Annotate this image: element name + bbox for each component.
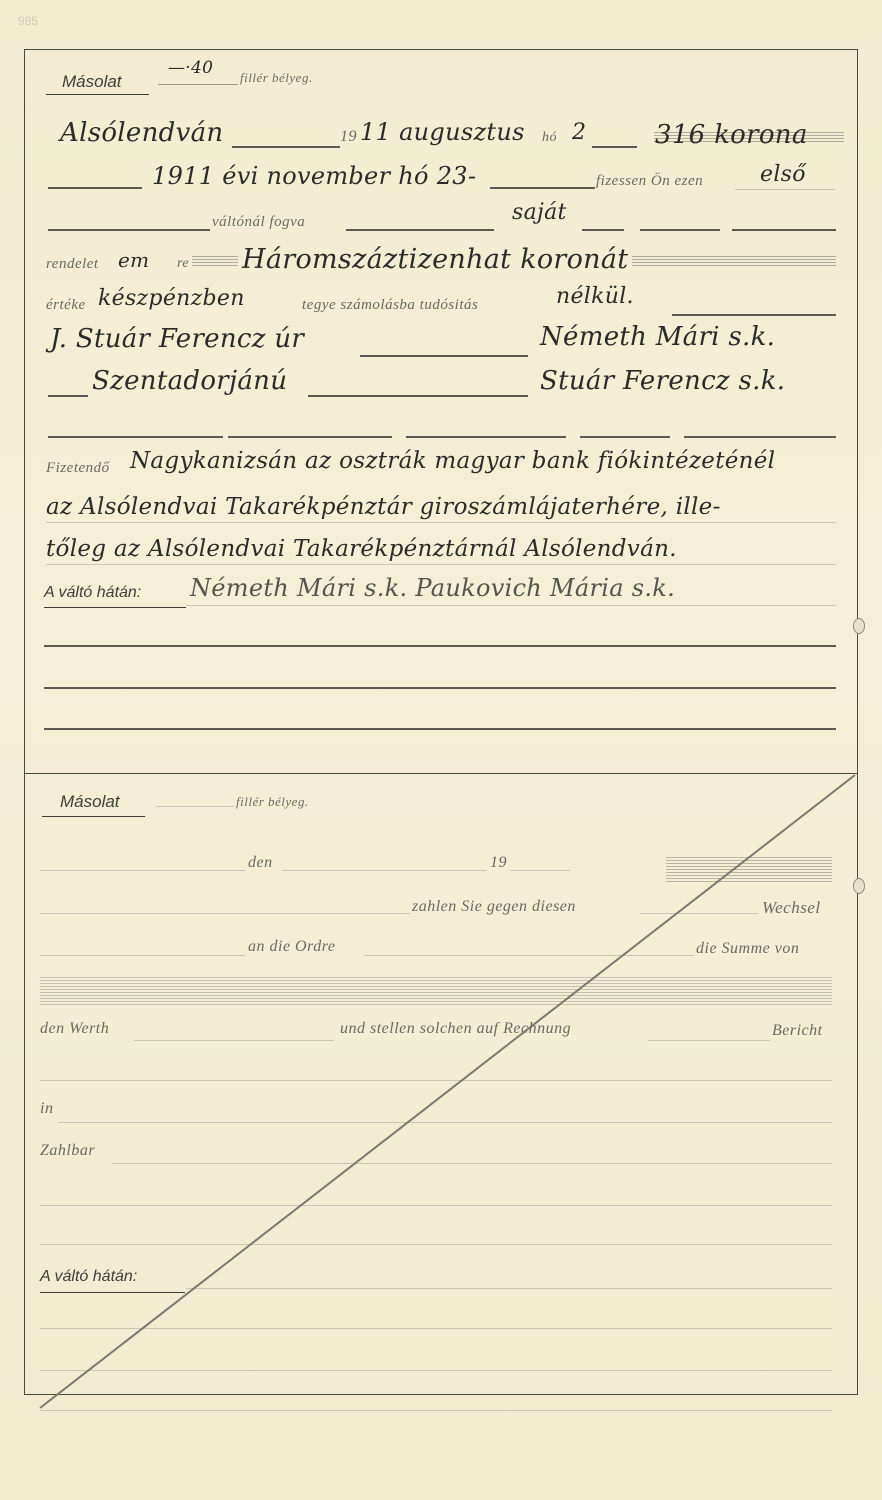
payable-line1: Nagykanizsán az osztrák magyar bank fiók… xyxy=(130,448,775,474)
rendelet-hand: em xyxy=(118,248,149,272)
stamp-value: —·40 xyxy=(168,58,213,78)
wechsel-label: Wechsel xyxy=(762,898,821,918)
upper-title: Másolat xyxy=(62,72,122,92)
section-divider xyxy=(24,773,858,774)
amount-head-hand: 316 korona xyxy=(655,120,808,150)
bericht-label: Bericht xyxy=(772,1022,823,1040)
tegye-label: tegye számolásba tudósitás xyxy=(302,297,478,314)
zahlbar-label: Zahlbar xyxy=(40,1142,95,1160)
lower-stamp-label: fillér bélyeg. xyxy=(236,794,309,810)
den-label: den xyxy=(248,854,273,872)
erteke-hand: készpénzben xyxy=(98,286,245,311)
year-month-hand: 11 augusztus xyxy=(360,118,525,146)
und-stellen-label: und stellen solchen auf Rechnung xyxy=(340,1020,571,1038)
punch-hole-lower xyxy=(853,878,865,894)
rendelet-label: rendelet xyxy=(46,256,99,273)
fizetendo-label: Fizetendő xyxy=(46,460,110,477)
back-endorsement-hand: Németh Mári s.k. Paukovich Mária s.k. xyxy=(190,574,675,602)
place-hand: Alsólendván xyxy=(60,118,223,148)
lower-year-prefix: 19 xyxy=(490,854,507,872)
tudositas-hand: nélkül. xyxy=(556,284,634,309)
in-label: in xyxy=(40,1100,53,1118)
amount-words-hand: Háromszáztizenhat koronát xyxy=(238,244,632,275)
pay-hand: első xyxy=(760,162,806,187)
month-label: hó xyxy=(542,130,557,146)
upper-back-label: A váltó hátán: xyxy=(44,584,141,602)
signer-line2: Stuár Ferencz s.k. xyxy=(540,366,785,396)
drawee-line2: Szentadorjánú xyxy=(92,366,287,396)
corner-archive-mark: 985 xyxy=(18,14,38,28)
payable-line2: az Alsólendvai Takarékpénztár giroszámlá… xyxy=(46,494,721,520)
an-die-ordre-label: an die Ordre xyxy=(248,938,335,956)
payable-line3: tőleg az Alsólendvai Takarékpénztárnál A… xyxy=(46,536,677,562)
sajat-hand: saját xyxy=(512,200,567,225)
document-page: 985 Másolat —·40 fillér bélyeg. Alsólend… xyxy=(0,0,882,1500)
die-summe-label: die Summe von xyxy=(696,940,799,958)
valtonal-label: váltónál fogva xyxy=(212,214,305,231)
year-prefix: 19 xyxy=(340,128,357,146)
signer-line1: Németh Mári s.k. xyxy=(540,322,775,352)
lower-back-label: A váltó hátán: xyxy=(40,1268,137,1286)
lower-title: Másolat xyxy=(60,792,120,812)
re-label: re xyxy=(177,256,189,272)
stamp-label: fillér bélyeg. xyxy=(240,70,313,86)
due-date-hand: 1911 évi november hó 23- xyxy=(152,162,476,190)
drawee-line1: J. Stuár Ferencz úr xyxy=(50,324,304,354)
day-hand: 2 xyxy=(572,120,586,145)
pay-label: fizessen Ön ezen xyxy=(596,173,703,190)
den-werth-label: den Werth xyxy=(40,1020,109,1038)
punch-hole-upper xyxy=(853,618,865,634)
erteke-label: értéke xyxy=(46,297,86,314)
zahlen-label: zahlen Sie gegen diesen xyxy=(412,898,576,916)
